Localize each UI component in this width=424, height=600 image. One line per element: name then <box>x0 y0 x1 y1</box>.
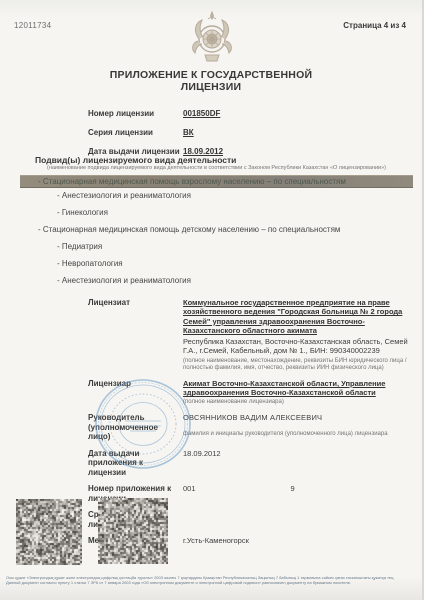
subtype-item: - Анестезиология и реаниматология <box>57 191 191 200</box>
license-number-value: 001850DF <box>183 109 220 118</box>
licensee-name: Коммунальное государственное предприятие… <box>183 298 414 335</box>
license-number-row: Номер лицензии 001850DF <box>88 109 388 128</box>
subtypes-heading-note: (наименование подвида лицензируемого вид… <box>47 165 387 171</box>
head-person-row: Руководитель (уполномоченное лицо) ОВСЯН… <box>88 413 414 442</box>
attachment-number-value-block: 001 9 <box>183 484 414 503</box>
license-series-label: Серия лицензии <box>88 128 183 137</box>
subtype-item: - Анестезиология и реаниматология <box>57 276 191 285</box>
legal-footer-line2-russian: Данный документ согласно пункту 1 статьи… <box>6 581 418 586</box>
head-person-note: фамилия и инициалы руководителя (уполном… <box>183 431 414 438</box>
legal-footer: Осы құжат «Электрондық құжат және электр… <box>6 576 418 586</box>
licensee-note: (полное наименование, местонахождение, р… <box>183 358 414 372</box>
head-person-name: ОВСЯННИКОВ ВАДИМ АЛЕКСЕЕВИЧ <box>183 413 414 422</box>
page-title: ПРИЛОЖЕНИЕ К ГОСУДАРСТВЕННОЙ ЛИЦЕНЗИИ <box>0 69 422 93</box>
license-series-value: ВК <box>183 128 194 137</box>
issue-place-value: г.Усть-Каменогорск <box>183 536 414 546</box>
page-title-line2: ЛИЦЕНЗИИ <box>0 81 422 93</box>
barcode-2d-left <box>16 499 82 565</box>
licensee-address: Республика Казахстан, Восточно-Казахстан… <box>183 337 414 356</box>
validity-value <box>183 510 414 529</box>
page-indicator: Страница 4 из 4 <box>343 21 406 30</box>
licensor-row: Лицензиар Акимат Восточно-Казахстанской … <box>88 379 414 407</box>
subtype-item: - Педиатрия <box>57 242 102 251</box>
license-number-label: Номер лицензии <box>88 109 183 118</box>
license-series-row: Серия лицензии ВК <box>88 128 388 147</box>
licensee-row: Лицензиат Коммунальное государственное п… <box>88 298 414 372</box>
subtype-item: - Стационарная медицинская помощь детско… <box>38 225 340 234</box>
scanned-license-page: 12011734 Страница 4 из 4 ПРИЛОЖЕНИЕ К ГО… <box>0 0 424 600</box>
attachment-date-row: Дата выдачи приложения к лицензии 18.09.… <box>88 449 414 478</box>
highlighted-subtype-text: - Стационарная медицинская помощь взросл… <box>20 177 346 186</box>
attachment-date-value: 18.09.2012 <box>183 449 414 478</box>
subtype-item: - Невропатология <box>57 259 123 268</box>
licensor-label: Лицензиар <box>88 379 183 407</box>
page-title-line1: ПРИЛОЖЕНИЕ К ГОСУДАРСТВЕННОЙ <box>0 69 422 81</box>
attachment-date-label: Дата выдачи приложения к лицензии <box>88 449 183 478</box>
barcode-2d-right <box>98 498 168 564</box>
subtype-item: - Гинекология <box>57 208 108 217</box>
attachment-number-value: 001 <box>183 484 196 503</box>
highlighted-subtype-row: - Стационарная медицинская помощь взросл… <box>20 175 413 188</box>
attachment-number-extra: 9 <box>291 484 295 503</box>
document-number: 12011734 <box>14 21 51 30</box>
licensee-label: Лицензиат <box>88 298 183 372</box>
subtypes-heading: Подвид(ы) лицензируемого вида деятельнос… <box>35 155 236 165</box>
head-person-value-block: ОВСЯННИКОВ ВАДИМ АЛЕКСЕЕВИЧ фамилия и ин… <box>183 413 414 442</box>
kazakhstan-emblem-icon <box>188 11 236 67</box>
licensor-value: Акимат Восточно-Казахстанской области, У… <box>183 379 414 407</box>
head-person-label: Руководитель (уполномоченное лицо) <box>88 413 183 442</box>
licensor-note: (полное наименование лицензиара) <box>183 399 414 406</box>
licensee-value: Коммунальное государственное предприятие… <box>183 298 414 372</box>
licensor-name: Акимат Восточно-Казахстанской области, У… <box>183 379 414 398</box>
